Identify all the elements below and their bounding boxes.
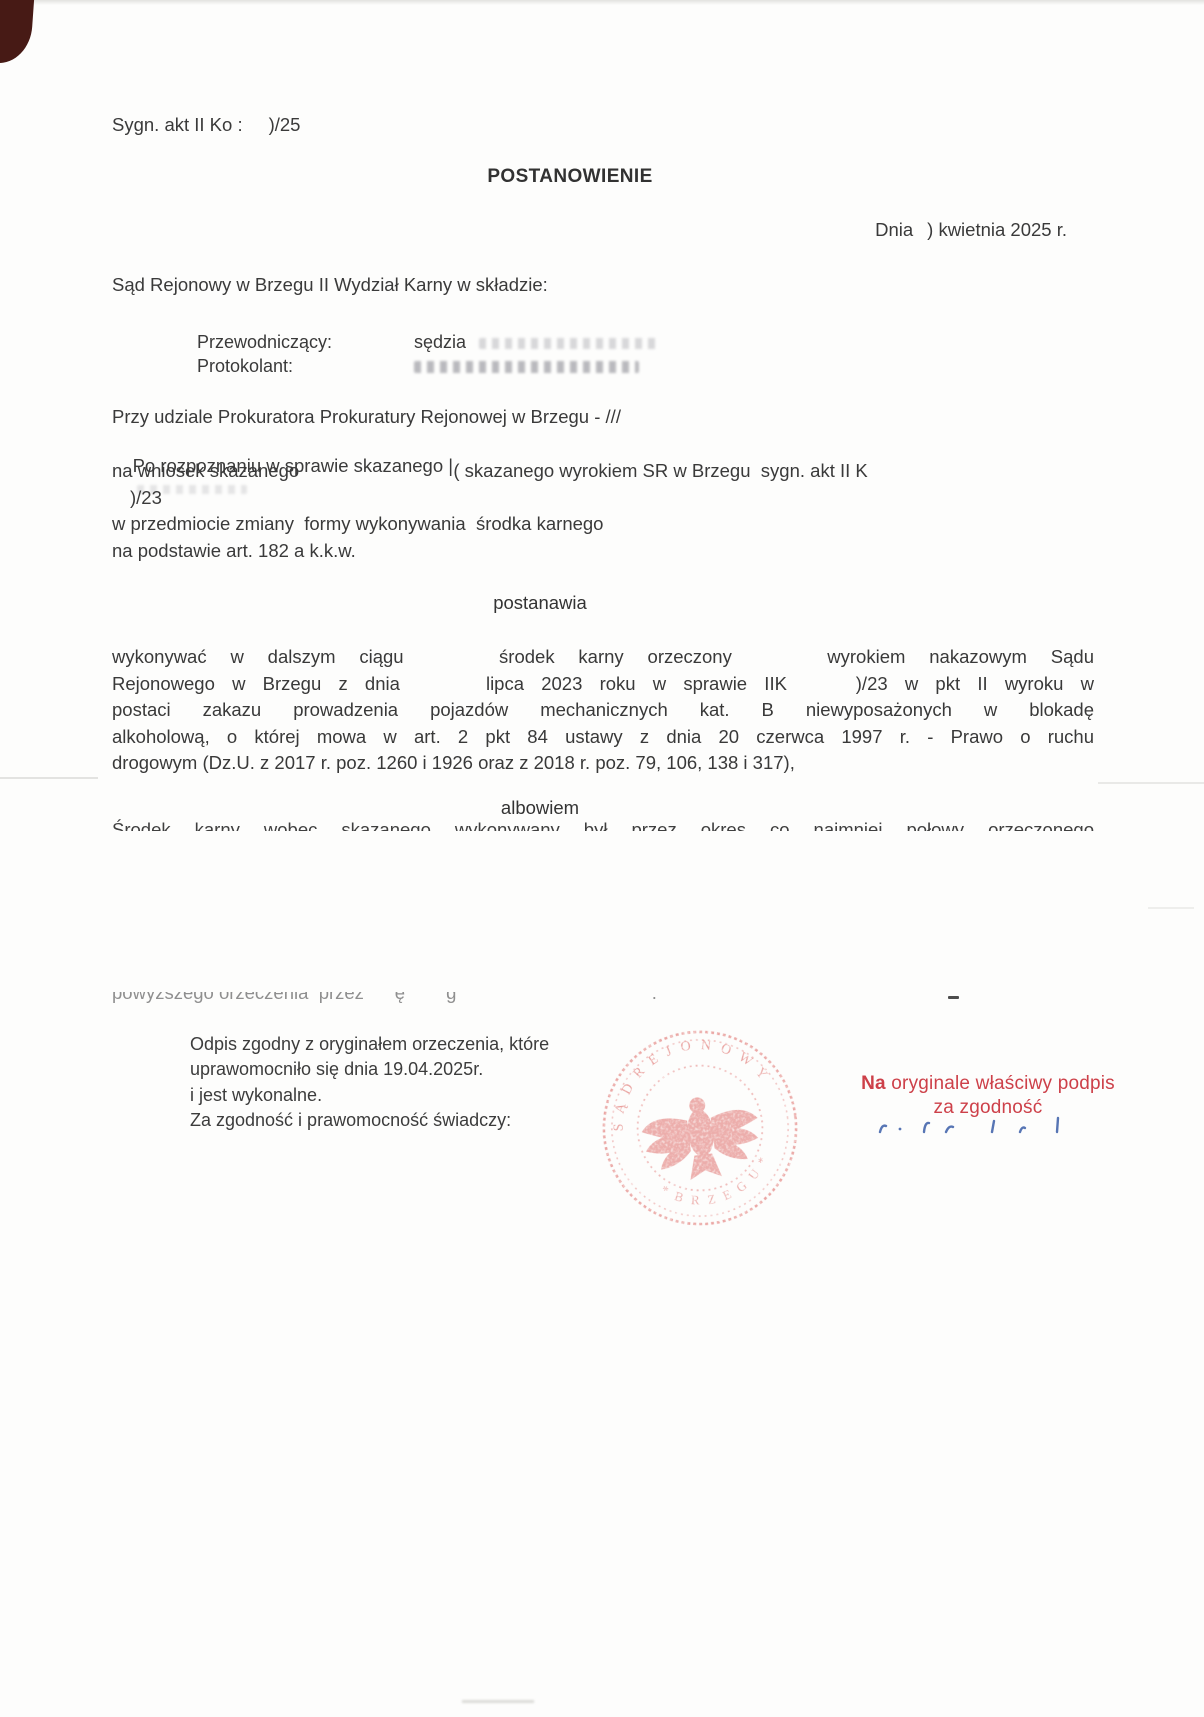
decision-line: wykonywać w dalszym ciągu środek karny o…	[112, 644, 1094, 671]
document-title: POSTANOWIENIE	[487, 166, 652, 187]
clipped-line-bottom: powyższego orzeczenia przez ę g .	[112, 992, 1094, 1003]
date-line: Dnia) kwietnia 2025 r.	[875, 219, 1067, 241]
composition-president-row: Przewodniczący:sędzia	[197, 332, 659, 353]
case-number-suffix: )/25	[269, 114, 301, 135]
decision-line: alkoholową, o której mowa w art. 2 pkt 8…	[112, 724, 1094, 751]
red-annotation-rest: oryginale właściwy podpis	[886, 1073, 1115, 1094]
date-suffix: ) kwietnia 2025 r.	[927, 219, 1067, 240]
decision-line: drogowym (Dz.U. z 2017 r. poz. 1260 i 19…	[112, 750, 1094, 777]
preamble-line-4: )/23	[130, 487, 162, 509]
president-label: Przewodniczący:	[197, 332, 414, 353]
certification-block: Odpis zgodny z oryginałem orzeczenia, kt…	[190, 1032, 549, 1134]
decision-heading: postanawia	[112, 592, 968, 614]
preamble-line-6: na podstawie art. 182 a k.k.w.	[112, 540, 356, 562]
scan-seam-right	[1098, 782, 1204, 784]
red-annotation-line-1: Na oryginale właściwy podpis	[858, 1072, 1118, 1096]
redaction-smudge-clerk	[414, 361, 639, 373]
certification-line: Za zgodność i prawomocność świadczy:	[190, 1108, 549, 1133]
scan-corner-mark	[0, 0, 34, 65]
decision-paragraph: wykonywać w dalszym ciągu środek karny o…	[112, 644, 1094, 777]
preamble-line-5: w przedmiocie zmiany formy wykonywania ś…	[112, 513, 603, 535]
clipped-line-top-wrap: Środek karny wobec skazanego wykonywany …	[112, 819, 1094, 831]
redaction-smudge-president	[479, 338, 659, 349]
decision-line: Rejonowego w Brzegu z dnia lipca 2023 ro…	[112, 671, 1094, 698]
decision-line: postaci zakazu prowadzenia pojazdów mech…	[112, 697, 1094, 724]
scan-top-edge	[0, 0, 1204, 5]
clipped-line-bottom-wrap: powyższego orzeczenia przez ę g .	[112, 992, 1094, 1003]
composition-clerk-row: Protokolant:	[197, 356, 639, 377]
signature-fragment	[852, 1116, 1072, 1134]
scan-seam-small	[1148, 907, 1194, 909]
case-number-prefix: Sygn. akt II Ko :	[112, 114, 243, 135]
court-stamp: S Ą D R E J O N O W Y * B R Z E G U *	[596, 1024, 804, 1232]
scanned-court-document: Sygn. akt II Ko :)/25 POSTANOWIENIE Dnia…	[0, 0, 1204, 1717]
clipped-line-top: Środek karny wobec skazanego wykonywany …	[112, 819, 1094, 831]
court-line: Sąd Rejonowy w Brzegu II Wydział Karny w…	[112, 274, 548, 296]
certification-line: Odpis zgodny z oryginałem orzeczenia, kt…	[190, 1032, 549, 1057]
certification-line: uprawomocniło się dnia 19.04.2025r.	[190, 1057, 549, 1082]
document-title-wrap: POSTANOWIENIE	[112, 166, 1028, 188]
red-annotation-bold: Na	[861, 1073, 886, 1094]
president-value: sędzia	[414, 332, 466, 352]
date-prefix: Dnia	[875, 219, 913, 240]
decision-connector: albowiem	[112, 797, 968, 819]
case-number-line: Sygn. akt II Ko :)/25	[112, 114, 300, 136]
scan-seam-left	[0, 777, 98, 779]
clerk-label: Protokolant:	[197, 356, 414, 377]
red-annotation: Na oryginale właściwy podpis za zgodność	[858, 1072, 1118, 1120]
preamble-line-1: Przy udziale Prokuratora Prokuratury Rej…	[112, 406, 621, 428]
scan-bottom-smudge	[462, 1700, 534, 1703]
certification-line: i jest wykonalne.	[190, 1083, 549, 1108]
preamble-line-3: na wniosek skazanego ( skazanego wyrokie…	[112, 460, 868, 482]
